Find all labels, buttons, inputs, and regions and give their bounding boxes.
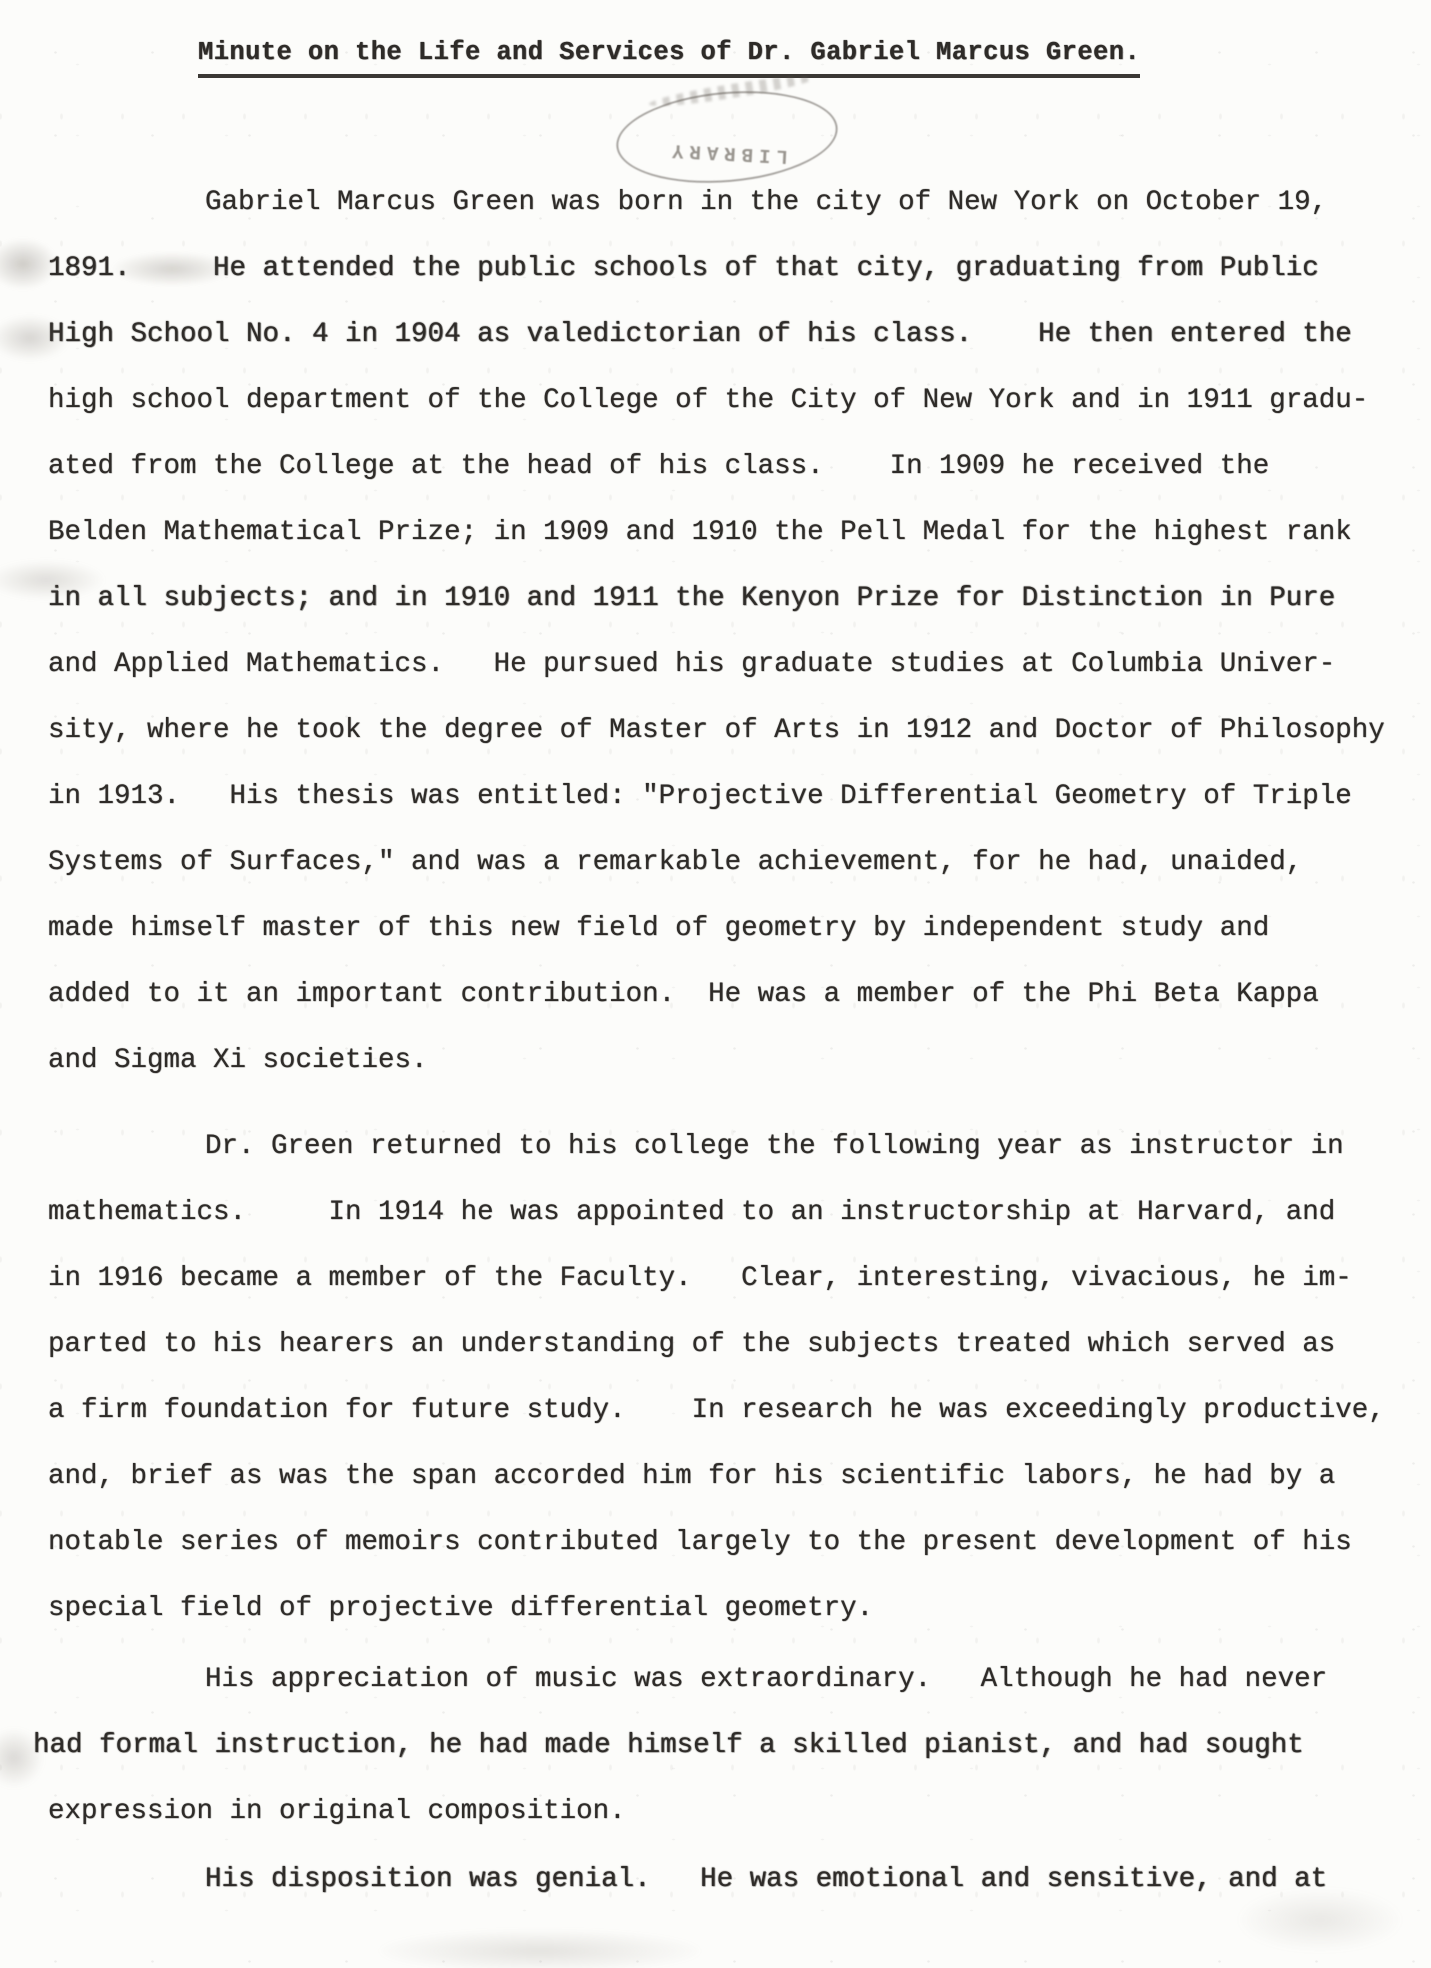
text-line: 1891. He attended the public schools of … bbox=[48, 236, 1421, 302]
text-line: sity, where he took the degree of Master… bbox=[48, 698, 1421, 764]
text-line: expression in original composition. bbox=[48, 1779, 1421, 1845]
paragraph: His appreciation of music was extraordin… bbox=[48, 1647, 1421, 1845]
scanned-document-page: { "page": { "title": "Minute on the Life… bbox=[0, 0, 1431, 1968]
text-line: ated from the College at the head of his… bbox=[48, 434, 1421, 500]
text-line: and Applied Mathematics. He pursued his … bbox=[48, 632, 1421, 698]
text-line: notable series of memoirs contributed la… bbox=[48, 1510, 1421, 1576]
text-line: Belden Mathematical Prize; in 1909 and 1… bbox=[48, 500, 1421, 566]
text-line: in 1913. His thesis was entitled: "Proje… bbox=[48, 764, 1421, 830]
scan-smudge bbox=[380, 1930, 700, 1968]
paragraph: Dr. Green returned to his college the fo… bbox=[48, 1114, 1421, 1642]
text-line: in 1916 became a member of the Faculty. … bbox=[48, 1246, 1421, 1312]
text-line: mathematics. In 1914 he was appointed to… bbox=[48, 1180, 1421, 1246]
paragraph: Gabriel Marcus Green was born in the cit… bbox=[48, 170, 1421, 1094]
text-line: added to it an important contribution. H… bbox=[48, 962, 1421, 1028]
text-line: high school department of the College of… bbox=[48, 368, 1421, 434]
text-line: made himself master of this new field of… bbox=[48, 896, 1421, 962]
paragraph: His disposition was genial. He was emoti… bbox=[48, 1847, 1421, 1913]
text-line: His disposition was genial. He was emoti… bbox=[48, 1847, 1421, 1913]
text-line: parted to his hearers an understanding o… bbox=[48, 1312, 1421, 1378]
text-line: Systems of Surfaces," and was a remarkab… bbox=[48, 830, 1421, 896]
document-title: Minute on the Life and Services of Dr. G… bbox=[198, 38, 1140, 78]
text-line: His appreciation of music was extraordin… bbox=[48, 1647, 1421, 1713]
document-body: Gabriel Marcus Green was born in the cit… bbox=[48, 170, 1421, 1913]
text-line: High School No. 4 in 1904 as valedictori… bbox=[48, 302, 1421, 368]
text-line: and Sigma Xi societies. bbox=[48, 1028, 1421, 1094]
text-line: a firm foundation for future study. In r… bbox=[48, 1378, 1421, 1444]
text-line: Gabriel Marcus Green was born in the cit… bbox=[48, 170, 1421, 236]
text-line: special field of projective differential… bbox=[48, 1576, 1421, 1642]
text-line: Dr. Green returned to his college the fo… bbox=[48, 1114, 1421, 1180]
text-line: and, brief as was the span accorded him … bbox=[48, 1444, 1421, 1510]
text-line: in all subjects; and in 1910 and 1911 th… bbox=[48, 566, 1421, 632]
text-line: had formal instruction, he had made hims… bbox=[33, 1713, 1421, 1779]
